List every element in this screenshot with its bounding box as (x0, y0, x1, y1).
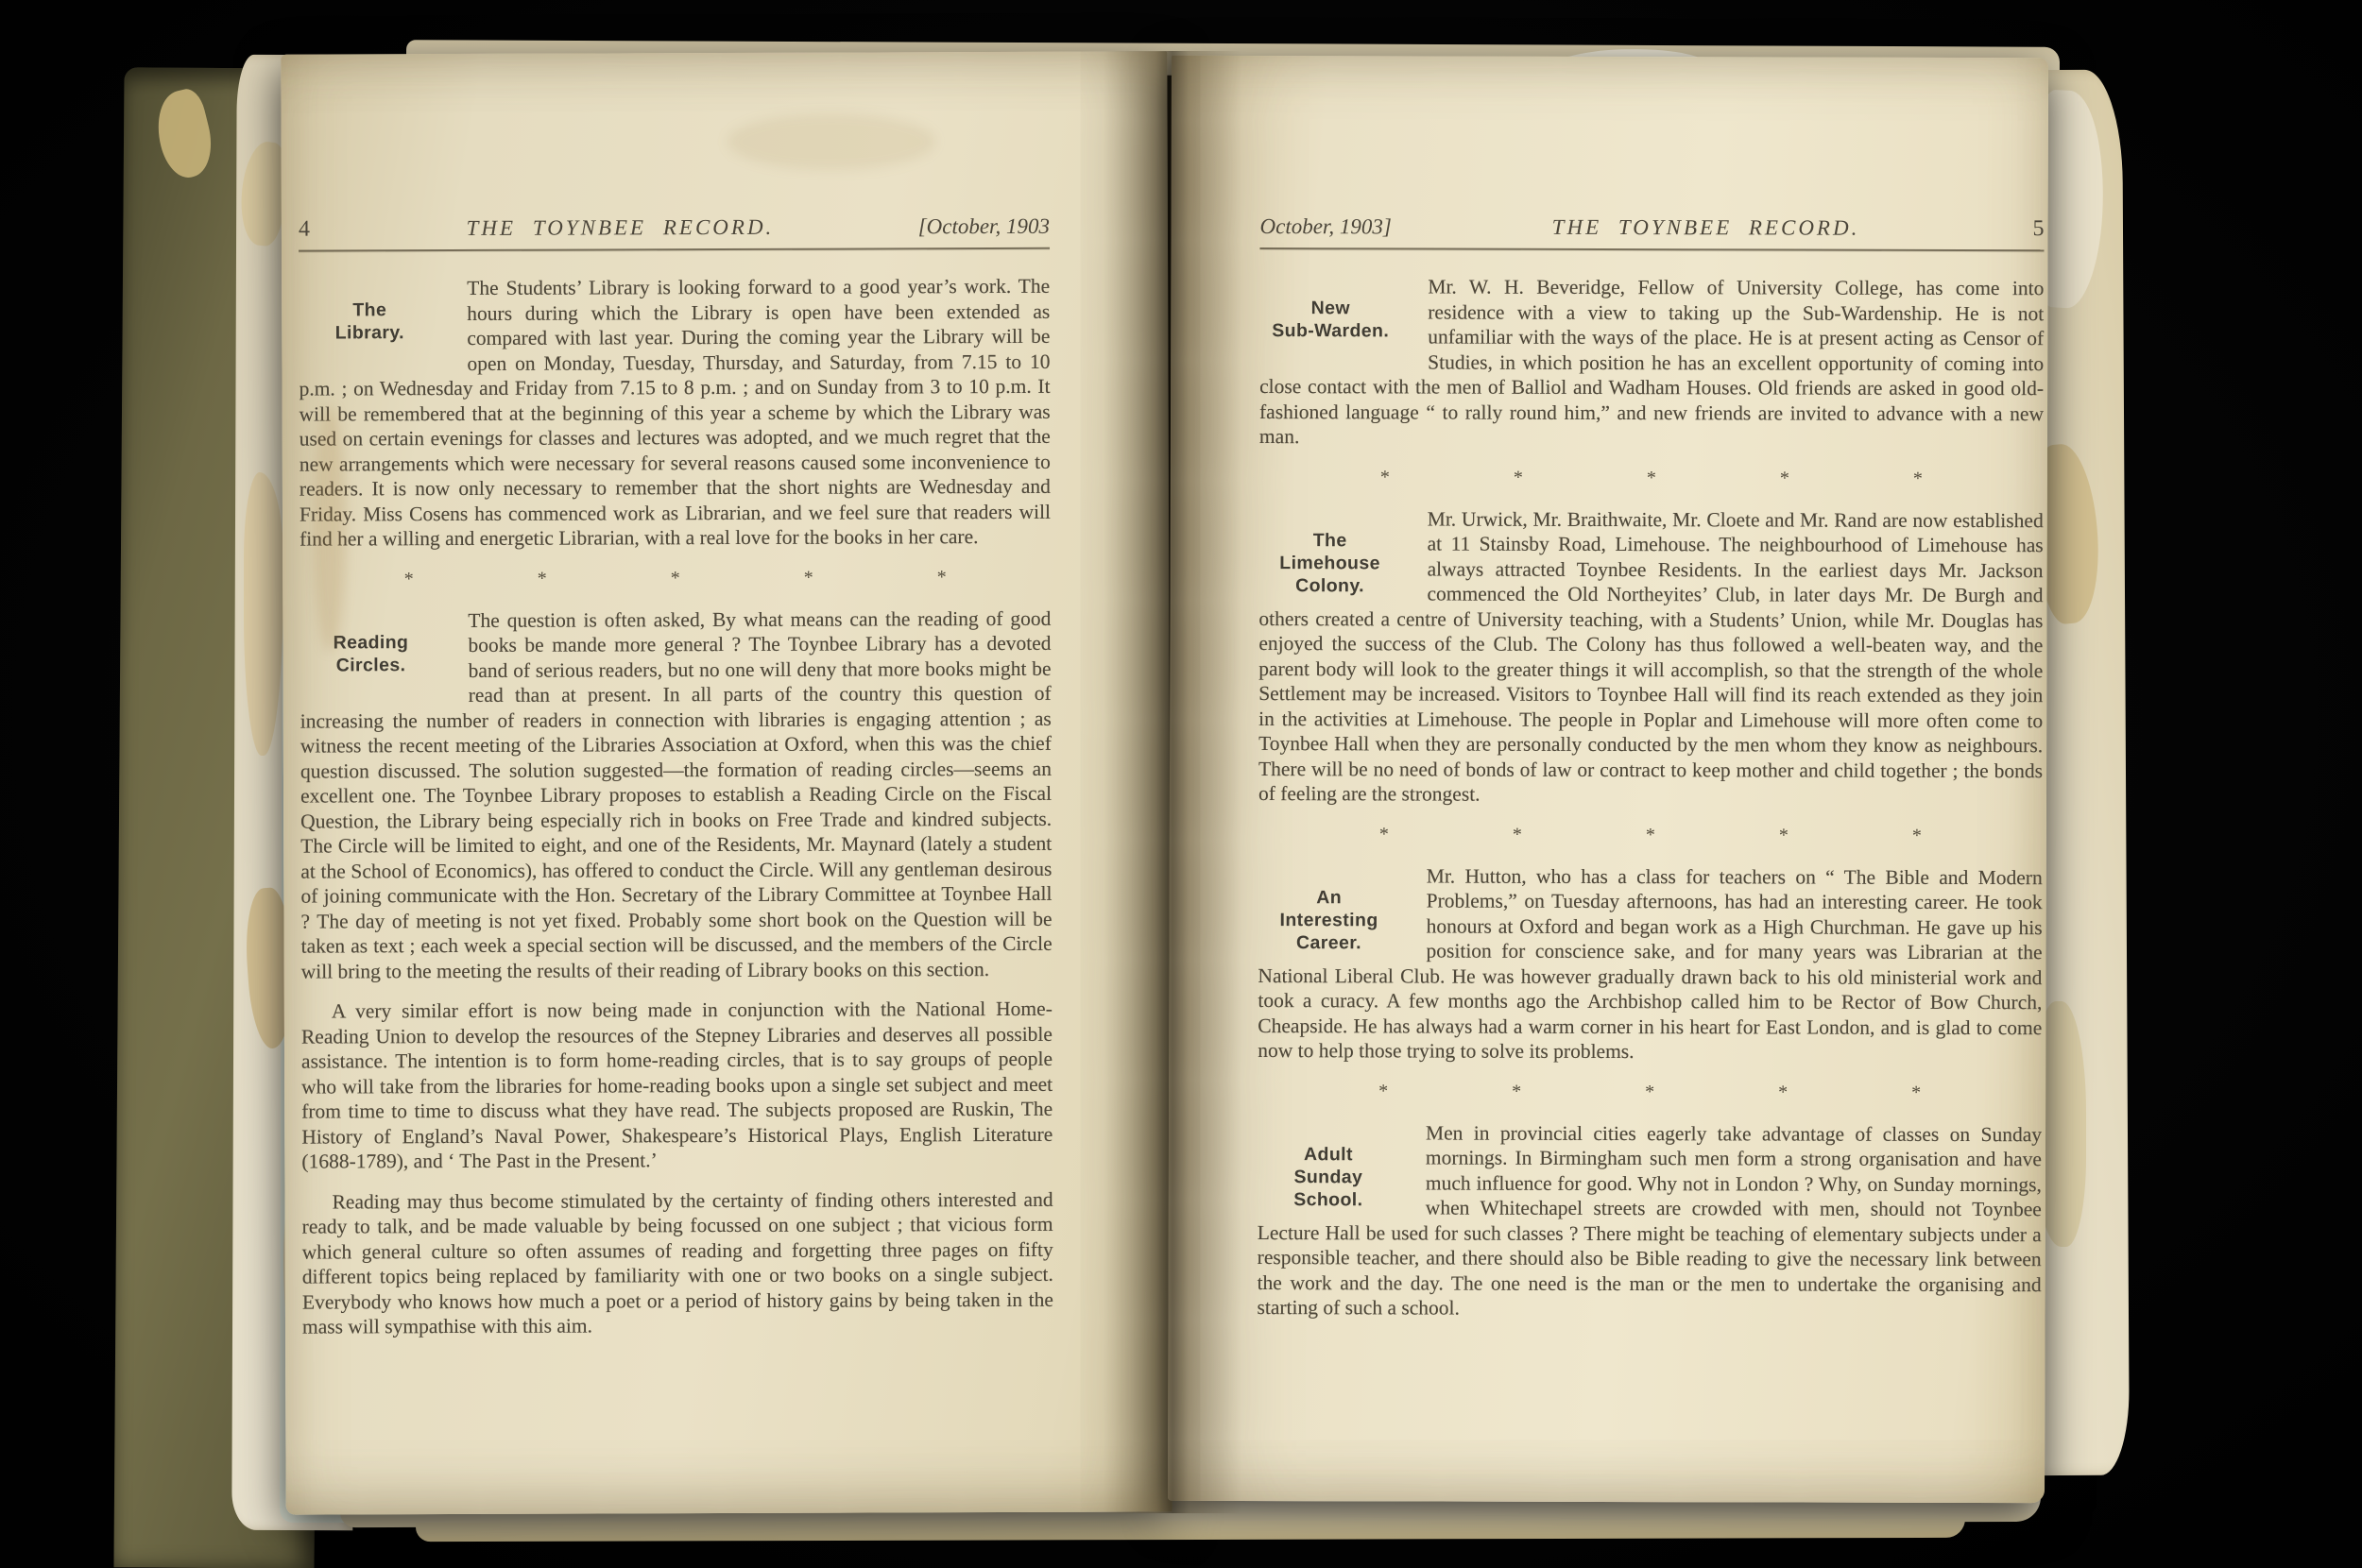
asterisk-separator: * * * * * (1258, 822, 2043, 848)
header-rule (1259, 247, 2044, 251)
sidenote-label: An Interesting Career. (1258, 863, 1399, 962)
section-the-library: The Library. The Students’ Library is lo… (299, 274, 1051, 552)
sidenote-label: Reading Circles. (300, 608, 441, 707)
page-number: 5 (1991, 216, 2044, 242)
sidenote-label: New Sub-Warden. (1259, 274, 1401, 372)
right-page: October, 1903] THE TOYNBEE RECORD. 5 New… (1168, 56, 2048, 1503)
right-page-header: October, 1903] THE TOYNBEE RECORD. 5 (1259, 214, 2044, 242)
left-page: 4 THE TOYNBEE RECORD. [October, 1903 The… (281, 51, 1172, 1514)
sidenote-label: Adult Sunday School. (1258, 1120, 1399, 1219)
section-new-sub-warden: New Sub-Warden. Mr. W. H. Beveridge, Fel… (1259, 274, 2044, 452)
section-the-limehouse-colony: The Limehouse Colony. Mr. Urwick, Mr. Br… (1258, 506, 2044, 809)
header-rule (299, 247, 1050, 252)
section-adult-sunday-school: Adult Sunday School. Men in provincial c… (1257, 1120, 2042, 1322)
paragraph: A very similar effort is now being made … (301, 997, 1053, 1174)
paragraph: Reading may thus become stimulated by th… (301, 1186, 1053, 1339)
sidenote-label: The Library. (299, 276, 440, 375)
right-page-content: October, 1903] THE TOYNBEE RECORD. 5 New… (1169, 56, 2045, 1322)
page-number: 4 (299, 216, 351, 242)
issue-date: [October, 1903 (889, 214, 1050, 240)
section-an-interesting-career: An Interesting Career. Mr. Hutton, who h… (1258, 863, 2043, 1065)
asterisk-separator: * * * * * (1259, 465, 2044, 491)
page-stack-bottom-edge (416, 1519, 1965, 1542)
running-title: THE TOYNBEE RECORD. (351, 214, 889, 241)
section-reading-circles: Reading Circles. The question is often a… (300, 605, 1052, 983)
left-page-header: 4 THE TOYNBEE RECORD. [October, 1903 (299, 214, 1050, 243)
book-photograph: 4 THE TOYNBEE RECORD. [October, 1903 The… (0, 0, 2362, 1568)
running-title: THE TOYNBEE RECORD. (1420, 214, 1991, 241)
asterisk-separator: * * * * * (300, 564, 1051, 591)
left-page-content: 4 THE TOYNBEE RECORD. [October, 1903 The… (281, 52, 1053, 1339)
asterisk-separator: * * * * * (1258, 1079, 2042, 1105)
issue-date: October, 1903] (1259, 214, 1420, 239)
sidenote-label: The Limehouse Colony. (1258, 506, 1400, 605)
